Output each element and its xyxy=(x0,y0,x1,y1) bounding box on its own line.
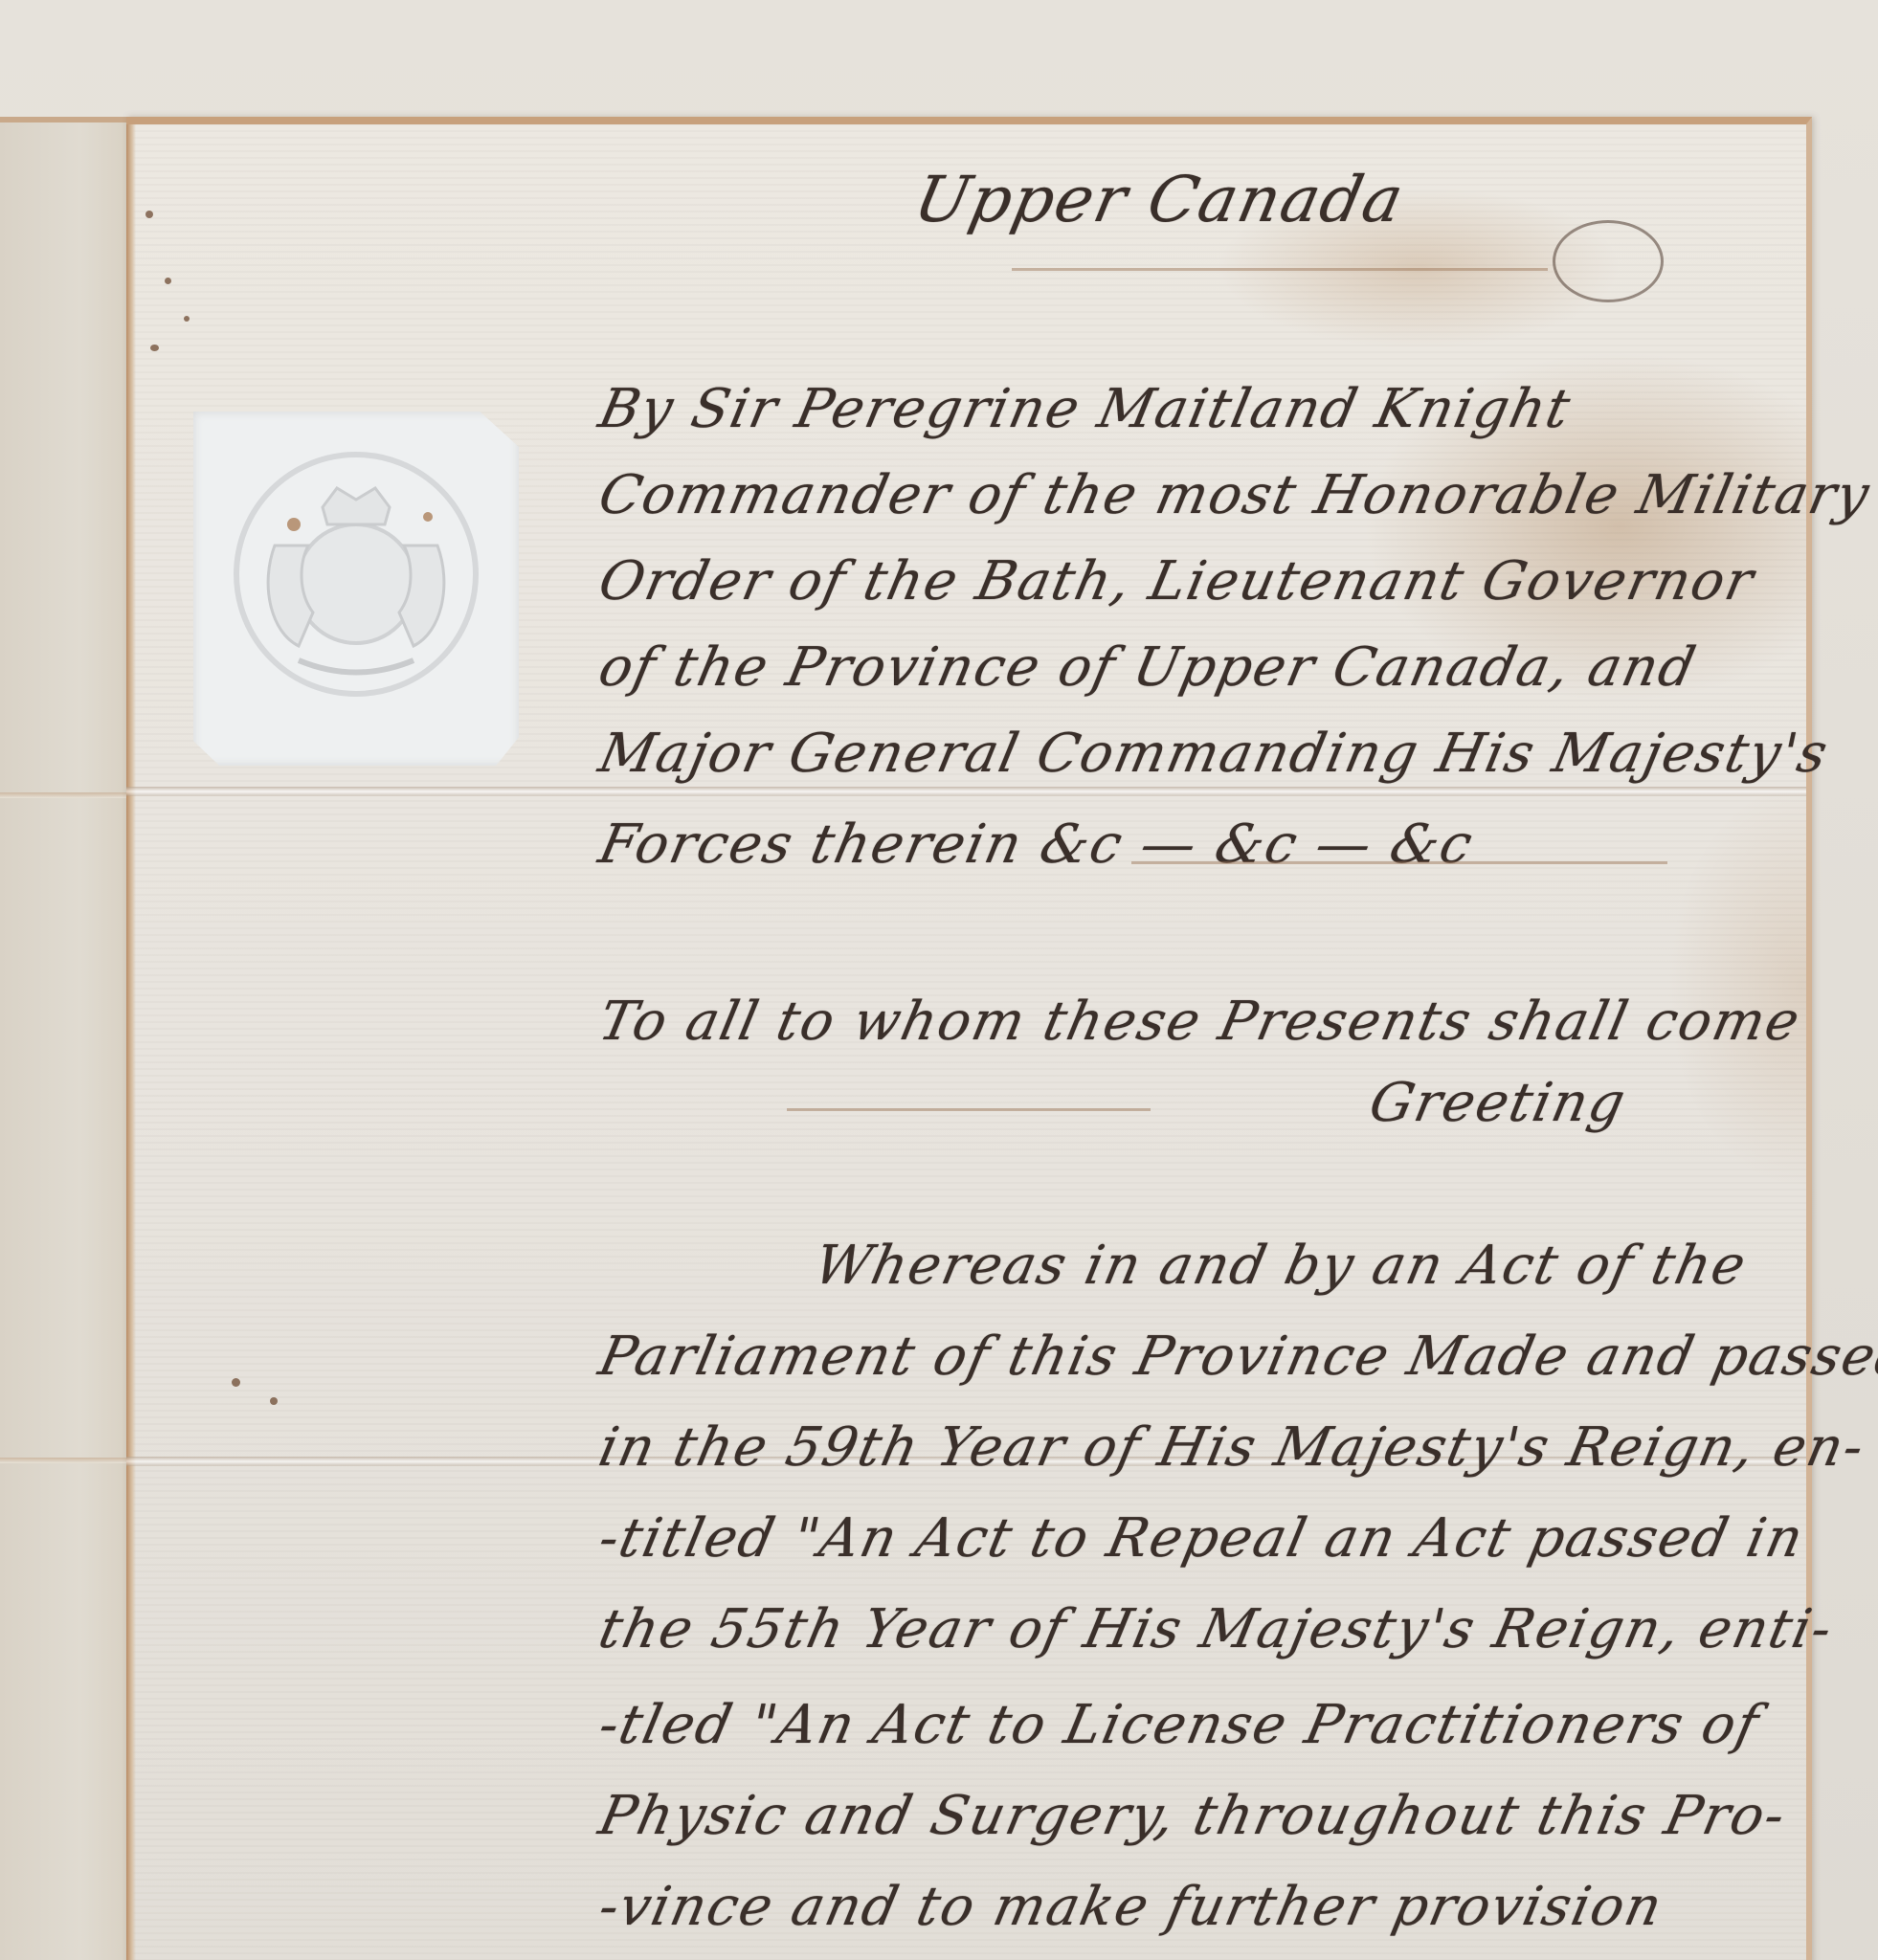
filler-rule xyxy=(1131,861,1667,864)
text-line: Whereas in and by an Act of the xyxy=(809,1235,1753,1297)
text-line: -titled "An Act to Repeal an Act passed … xyxy=(593,1507,1810,1570)
text-line: in the 59th Year of His Majesty's Reign,… xyxy=(593,1416,1870,1479)
text-line: Order of the Bath, Lieutenant Governor xyxy=(593,550,1760,612)
text-line: Major General Commanding His Majesty's xyxy=(593,723,1834,785)
fold-line-vertical xyxy=(126,124,136,1960)
text-line: Commander of the most Honorable Military xyxy=(593,464,1876,526)
ink-speck xyxy=(145,211,153,218)
royal-arms-emboss-icon xyxy=(222,440,490,708)
ink-speck xyxy=(150,345,159,351)
ink-speck xyxy=(184,316,190,322)
fold-line xyxy=(0,1458,134,1463)
greeting: Greeting xyxy=(1364,1072,1632,1134)
ink-speck xyxy=(270,1397,278,1405)
embossed-seal xyxy=(193,412,519,766)
heading-underline xyxy=(1012,268,1548,271)
text-line: the 55th Year of His Majesty's Reign, en… xyxy=(593,1598,1839,1660)
text-line: of the Province of Upper Canada, and xyxy=(593,636,1702,699)
heading-flourish xyxy=(1553,220,1664,302)
text-line: Forces therein &c — &c — &c xyxy=(593,813,1479,876)
text-line: By Sir Peregrine Maitland Knight xyxy=(593,378,1576,440)
filler-rule xyxy=(787,1108,1151,1111)
ink-speck xyxy=(165,278,171,284)
text-line: -vince and to make further provision xyxy=(593,1876,1668,1938)
text-line: Physic and Surgery, throughout this Pro- xyxy=(593,1785,1792,1847)
fold-line xyxy=(0,792,134,798)
text-line: To all to whom these Presents shall come xyxy=(593,991,1806,1053)
ink-speck xyxy=(232,1378,240,1387)
text-line: Parliament of this Province Made and pas… xyxy=(593,1325,1878,1388)
left-folded-sheet xyxy=(0,117,134,1960)
document-page: Upper Canada By Sir Peregrine Maitland K… xyxy=(126,117,1812,1960)
fold-line xyxy=(126,787,1806,796)
document-heading: Upper Canada xyxy=(908,163,1411,236)
text-line: -tled "An Act to License Practitioners o… xyxy=(593,1694,1765,1756)
